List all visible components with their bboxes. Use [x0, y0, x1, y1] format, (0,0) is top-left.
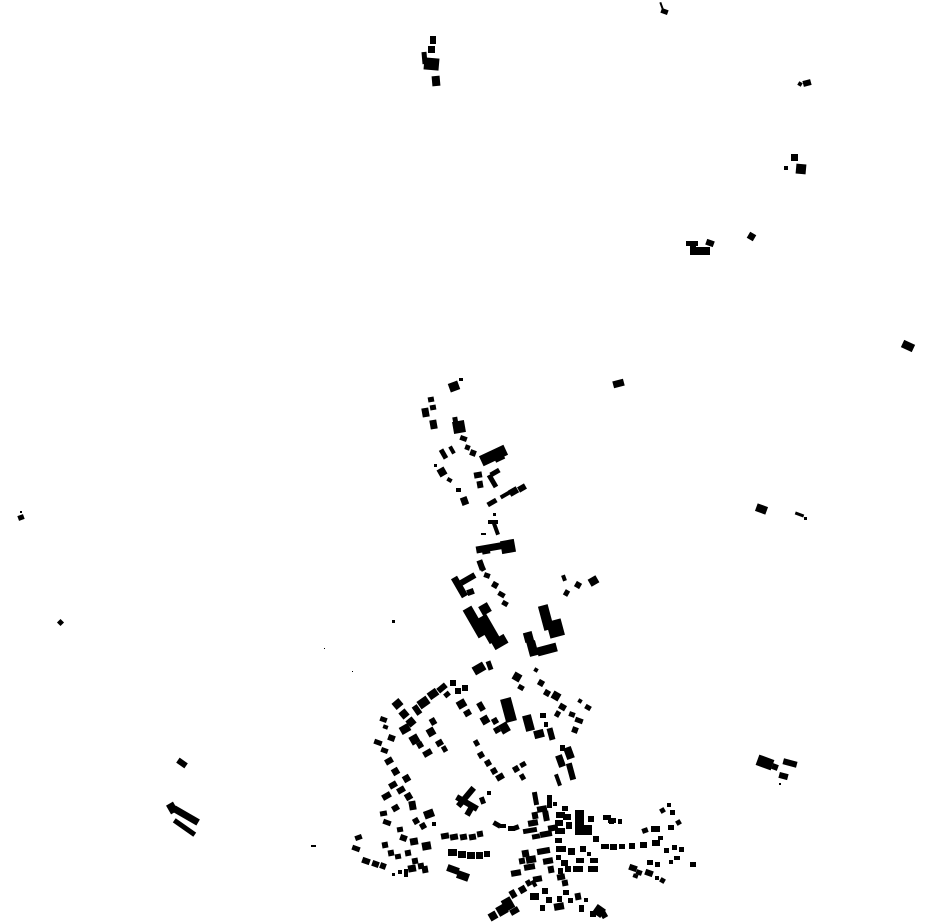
building-footprint — [574, 893, 581, 901]
building-footprint — [553, 802, 557, 806]
building-footprint — [434, 464, 437, 467]
building-footprint — [519, 858, 526, 865]
building-footprint — [588, 866, 598, 872]
building-footprint — [670, 810, 675, 815]
building-footprint — [397, 827, 404, 833]
building-footprint — [450, 680, 456, 686]
building-footprint — [352, 671, 353, 672]
building-footprint — [392, 873, 395, 876]
building-footprint — [565, 866, 571, 872]
building-footprint — [542, 888, 548, 894]
building-footprint — [405, 850, 412, 857]
building-footprint — [556, 855, 561, 860]
building-footprint — [430, 405, 437, 411]
building-footprint — [674, 856, 680, 860]
building-footprint — [664, 848, 669, 853]
building-footprint — [428, 397, 435, 403]
building-footprint — [568, 898, 573, 903]
building-footprint — [476, 852, 483, 859]
building-footprint — [412, 858, 419, 865]
building-footprint — [407, 864, 416, 872]
building-footprint — [562, 880, 569, 887]
building-footprint — [398, 870, 402, 874]
building-footprint — [804, 517, 807, 520]
building-footprint — [696, 247, 710, 255]
building-footprint — [404, 869, 408, 877]
building-footprint — [469, 833, 477, 840]
building-footprint — [500, 824, 506, 828]
building-footprint — [409, 837, 418, 845]
building-footprint — [563, 814, 571, 820]
building-footprint-map — [0, 0, 930, 924]
building-footprint — [481, 533, 486, 535]
building-footprint — [432, 822, 436, 826]
map-canvas — [0, 0, 930, 924]
building-footprint — [610, 844, 617, 850]
building-footprint — [679, 847, 684, 852]
building-footprint — [555, 828, 565, 834]
building-footprint — [658, 836, 663, 840]
building-footprint — [311, 845, 316, 847]
building-footprint — [652, 840, 660, 846]
building-footprint — [467, 852, 475, 859]
building-footprint — [395, 854, 402, 860]
building-footprint — [566, 822, 572, 829]
building-footprint — [530, 893, 539, 900]
building-footprint — [609, 818, 614, 824]
building-footprint — [579, 905, 584, 912]
building-footprint — [540, 905, 545, 911]
building-footprint — [448, 849, 457, 856]
building-footprint — [629, 843, 635, 849]
building-footprint — [575, 810, 584, 825]
building-footprint — [500, 539, 516, 554]
building-footprint — [669, 860, 673, 864]
building-footprint — [430, 36, 436, 44]
building-footprint — [588, 816, 594, 822]
building-footprint — [460, 833, 468, 840]
building-footprint — [690, 862, 696, 867]
building-footprint — [557, 896, 562, 902]
building-footprint — [690, 244, 696, 255]
building-footprint — [580, 846, 586, 852]
building-footprint — [544, 722, 548, 727]
map-background — [0, 0, 930, 924]
building-footprint — [546, 897, 552, 903]
building-footprint — [575, 825, 592, 835]
building-footprint — [547, 866, 554, 874]
building-footprint — [655, 876, 659, 880]
building-footprint — [458, 851, 466, 858]
building-footprint — [568, 848, 575, 855]
building-footprint — [324, 648, 325, 649]
building-footprint — [432, 76, 441, 87]
building-footprint — [561, 860, 568, 866]
building-footprint — [555, 838, 562, 843]
building-footprint — [618, 819, 622, 824]
building-footprint — [428, 46, 435, 53]
building-footprint — [779, 783, 781, 785]
building-footprint — [576, 858, 584, 863]
building-footprint — [424, 57, 440, 70]
building-footprint — [556, 846, 566, 852]
building-footprint — [562, 806, 568, 811]
building-footprint — [455, 688, 461, 694]
building-footprint — [563, 890, 569, 895]
building-footprint — [487, 791, 491, 795]
building-footprint — [20, 511, 22, 513]
building-footprint — [493, 513, 496, 516]
building-footprint — [388, 850, 395, 857]
building-footprint — [655, 862, 660, 867]
building-footprint — [587, 852, 591, 856]
building-footprint — [667, 803, 671, 807]
building-footprint — [647, 860, 653, 865]
building-footprint — [555, 820, 563, 826]
building-footprint — [484, 851, 490, 857]
building-footprint — [796, 164, 807, 175]
building-footprint — [456, 488, 461, 492]
building-footprint — [540, 713, 546, 718]
building-footprint — [601, 844, 609, 849]
building-footprint — [547, 795, 552, 808]
building-footprint — [590, 911, 596, 917]
building-footprint — [651, 826, 660, 832]
building-footprint — [531, 812, 538, 820]
building-footprint — [619, 844, 625, 849]
building-footprint — [462, 685, 468, 691]
building-footprint — [558, 868, 563, 874]
building-footprint — [382, 842, 389, 849]
building-footprint — [452, 420, 466, 434]
building-footprint — [477, 831, 484, 838]
building-footprint — [392, 620, 395, 623]
building-footprint — [791, 154, 798, 161]
building-footprint — [521, 849, 529, 857]
building-footprint — [590, 858, 598, 863]
building-footprint — [459, 378, 463, 381]
building-footprint — [488, 520, 498, 524]
building-footprint — [640, 842, 647, 848]
building-footprint — [784, 166, 788, 170]
building-footprint — [476, 481, 483, 489]
building-footprint — [573, 866, 583, 872]
building-footprint — [421, 841, 431, 850]
building-footprint — [421, 866, 428, 874]
building-footprint — [593, 836, 599, 842]
building-footprint — [584, 898, 588, 902]
building-footprint — [668, 825, 674, 830]
building-footprint — [672, 845, 677, 850]
